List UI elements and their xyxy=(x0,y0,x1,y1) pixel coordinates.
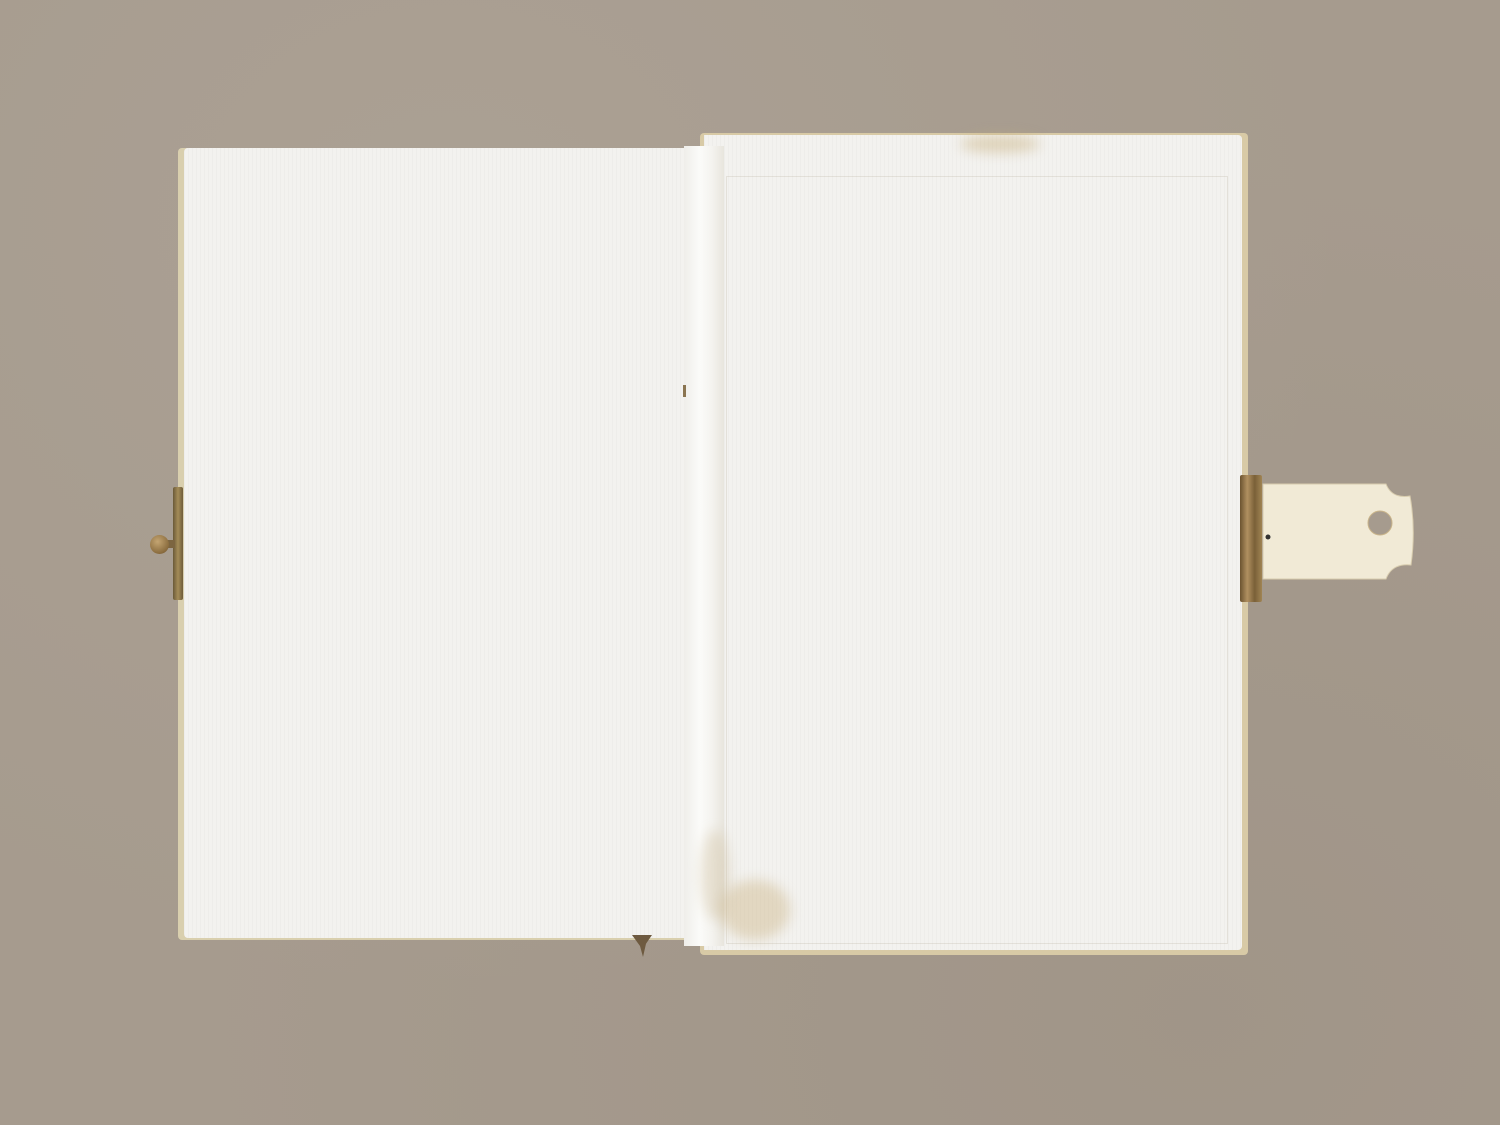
foxing-stain-bottom xyxy=(720,880,790,940)
spine-gutter xyxy=(684,146,724,946)
foxing-stain-top xyxy=(960,135,1040,153)
left-page xyxy=(184,148,690,938)
tear-mark xyxy=(632,935,652,957)
foxing-stain-gutter xyxy=(700,830,730,920)
ink-spot xyxy=(683,385,686,397)
ivory-clasp-tab xyxy=(1258,479,1438,584)
right-page-impressed-frame xyxy=(726,176,1228,944)
brass-clasp-knob-icon xyxy=(150,535,169,554)
